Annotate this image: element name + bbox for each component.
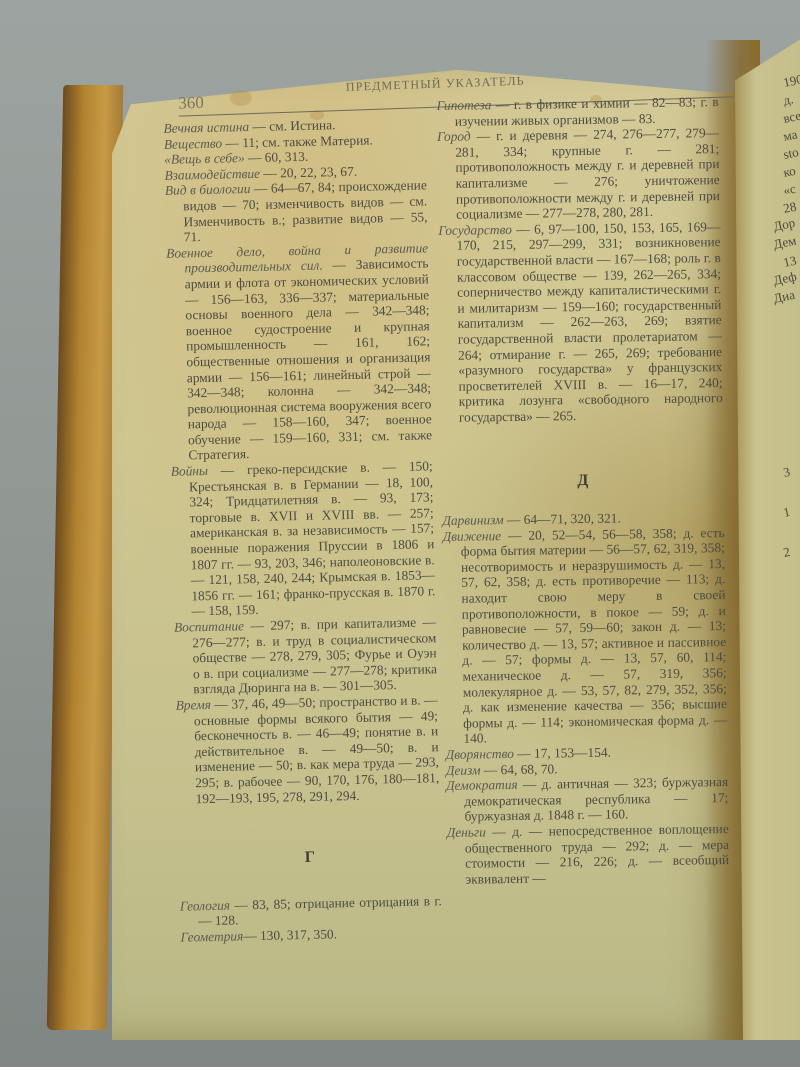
index-term: Взаимодействие — [164, 166, 260, 183]
index-term: Государство — [438, 222, 512, 238]
next-page-fragment: 3 — [782, 456, 800, 481]
index-refs: — г. и деревня — 274, 276—277, 279—281, … — [455, 125, 720, 222]
index-refs: — 20, 22, 23, 67. — [260, 164, 357, 181]
index-refs: — 60, 313. — [244, 149, 308, 165]
next-page: 190 д. все ма sto ко «с 28 Дор Дем 13 Де… — [735, 30, 800, 1040]
index-refs: — 64—71, 320, 321. — [503, 511, 620, 528]
index-refs: — 130, 317, 350. — [243, 926, 337, 943]
index-entry: Вид в биологии — 64—67, 84; происхождени… — [165, 178, 428, 246]
index-term: Деньги — [447, 824, 486, 840]
next-page-fragment: 1 — [782, 496, 800, 521]
index-refs: — 20, 52—54, 56—58, 358; д. есть форма б… — [461, 525, 728, 746]
index-refs: — 64, 68, 70. — [480, 761, 557, 777]
index-column-right: Гипотеза — г. в физике и химии — 82—83; … — [437, 94, 730, 887]
index-term: Войны — [171, 463, 209, 479]
index-refs: — греко-персидские в. — 150; Крестьянска… — [189, 458, 436, 618]
index-entry: Гипотеза — г. в физике и химии — 82—83; … — [437, 94, 719, 129]
index-entry: Воспитание — 297; в. при капитализме — 2… — [174, 614, 438, 697]
index-entry: Демократия — д. античная — 323; буржуазн… — [446, 774, 729, 825]
index-refs: — г. в физике и химии — 82—83; г. в изуч… — [455, 94, 719, 128]
section-letter: Г — [179, 847, 441, 868]
index-term: Демократия — [446, 777, 518, 793]
section-letter: Д — [442, 472, 724, 492]
index-refs: — см. Истина. — [249, 117, 336, 134]
running-head: ПРЕДМЕТНЫЙ УКАЗАТЕЛЬ — [346, 74, 525, 95]
photo-scene: 190 д. все ма sto ко «с 28 Дор Дем 13 Де… — [0, 0, 800, 1067]
index-term: Геология — [180, 897, 231, 913]
index-term: Вид в биологии — [165, 181, 251, 198]
index-refs: — 37, 46, 49—50; пространство и в. — осн… — [194, 692, 440, 806]
book-edge-left — [47, 85, 123, 1030]
index-term: Гипотеза — [437, 97, 492, 113]
index-term: Воспитание — [174, 618, 244, 634]
index-entry: Государство — 6, 97—100, 150, 153, 165, … — [438, 219, 723, 426]
index-term: Город — [437, 129, 471, 144]
index-refs: . — Зависимость армии и флота от экономи… — [185, 256, 433, 463]
index-entry: Город — г. и деревня — 274, 276—277, 279… — [437, 125, 720, 222]
index-term: Деизм — [446, 762, 481, 777]
index-entry: Движение — 20, 52—54, 56—58, 358; д. ест… — [443, 525, 728, 747]
index-refs: — 11; см. также Материя. — [222, 132, 373, 150]
index-term: Движение — [443, 528, 502, 544]
index-term: Геометрия — [180, 928, 243, 944]
index-term: Вещество — [164, 135, 223, 151]
index-entry: Время — 37, 46, 49—50; пространство и в.… — [175, 692, 439, 807]
next-page-fragment: 190 — [782, 66, 800, 91]
index-refs: — 6, 97—100, 150, 153, 165, 169—170, 215… — [456, 219, 722, 425]
index-term: Дворянство — [446, 746, 514, 762]
index-refs: — 17, 153—154. — [514, 745, 611, 761]
index-term: Время — [175, 697, 211, 713]
index-column-left: Вечная истина — см. Истина. Вещество — 1… — [163, 115, 442, 945]
index-refs: — 83, 85; отрицание отрицания в г. — 128… — [198, 893, 442, 929]
next-page-fragment: 2 — [782, 536, 800, 561]
index-term: «Вещь в себе» — [164, 150, 245, 167]
index-entry: Военное дело, война и развитие производи… — [166, 240, 433, 464]
index-term: Дарвинизм — [442, 512, 503, 528]
index-entry: Деньги — д. — непосредственное воплощени… — [447, 821, 730, 887]
index-refs: — д. — непосредственное воплощение общес… — [465, 821, 729, 886]
index-term: Вечная истина — [163, 119, 249, 136]
page-number: 360 — [178, 93, 204, 114]
index-entry: Войны — греко-персидские в. — 150; Крест… — [171, 458, 436, 619]
